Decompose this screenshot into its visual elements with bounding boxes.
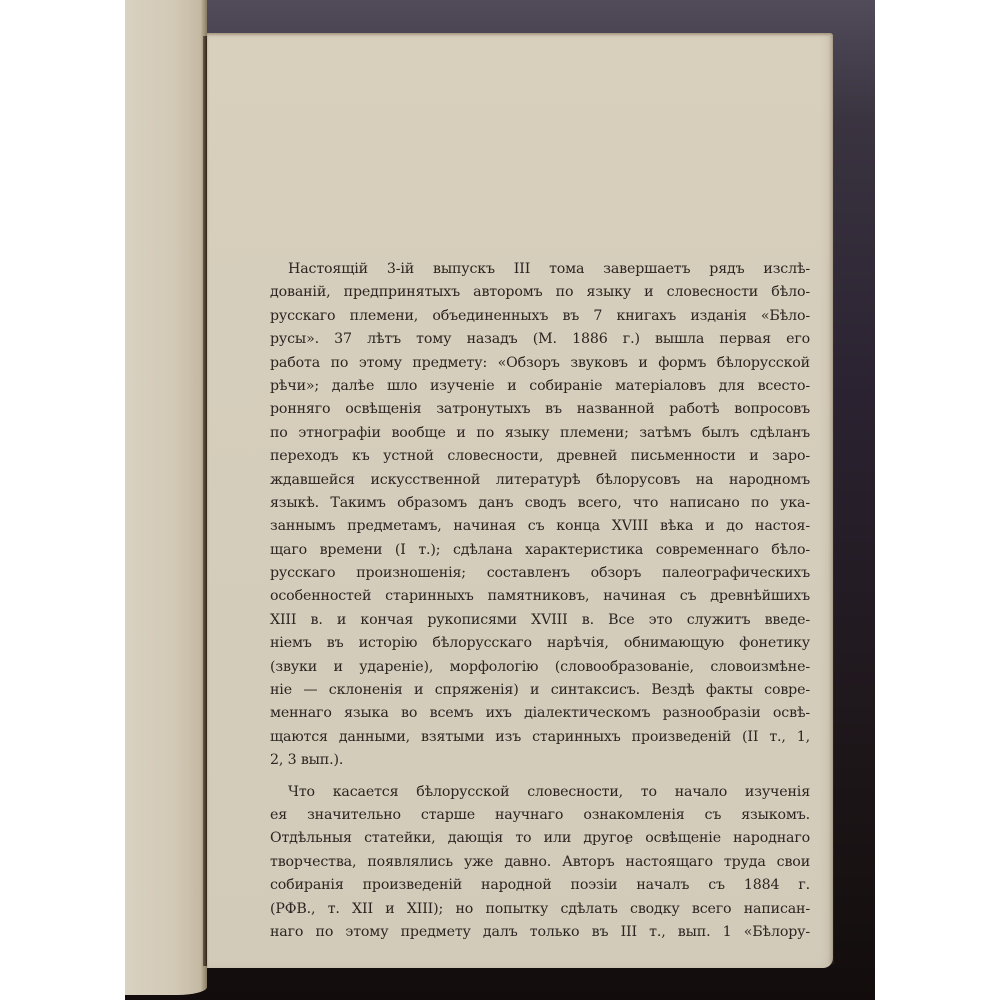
- text-line: щаго времени (I т.); сдѣлана характерист…: [270, 539, 810, 562]
- text-line: Отдѣльныя статейки, дающія то или другое…: [270, 827, 810, 850]
- text-line: рѣчи»; далѣе шло изученіе и собираніе ма…: [270, 375, 810, 398]
- text-line: меннаго языка во всемъ ихъ діалектическо…: [270, 702, 810, 725]
- text-line: ніемъ въ исторію бѣлорусскаго нарѣчія, о…: [270, 632, 810, 655]
- text-line: особенностей старинныхъ памятниковъ, нач…: [270, 585, 810, 608]
- text-line: ждавшейся искусственной литературѣ бѣлор…: [270, 469, 810, 492]
- text-line: переходъ къ устной словесности, древней …: [270, 445, 810, 468]
- text-line: (звуки и удареніе), морфологію (словообр…: [270, 656, 810, 679]
- paragraph-2: Что касается бѣлорусской словесности, то…: [270, 781, 810, 945]
- text-line: русскаго произношенія; составленъ обзоръ…: [270, 562, 810, 585]
- text-line: Что касается бѣлорусской словесности, то…: [270, 781, 810, 804]
- text-line: ронняго освѣщенія затронутыхъ въ названн…: [270, 398, 810, 421]
- text-line: XIII в. и кончая рукописями XVIII в. Все…: [270, 609, 810, 632]
- text-line: по этнографіи вообще и по языку племени;…: [270, 422, 810, 445]
- book-gutter: [203, 36, 207, 966]
- left-page-edge: [125, 0, 207, 995]
- page-edge-shadow: [828, 36, 834, 964]
- text-line: языкѣ. Такимъ образомъ данъ сводъ всего,…: [270, 492, 810, 515]
- signature-mark: 1: [624, 836, 630, 847]
- text-line: русы». 37 лѣтъ тому назадъ (М. 1886 г.) …: [270, 328, 810, 351]
- text-line: ніе — склоненія и спряженія) и синтаксис…: [270, 679, 810, 702]
- text-line: Настоящій 3-ій выпускъ III тома завершае…: [270, 258, 810, 281]
- text-line: 2, 3 вып.).: [270, 749, 810, 772]
- page-text: Настоящій 3-ій выпускъ III тома завершае…: [270, 258, 810, 944]
- text-line: щаются данными, взятыми изъ старинныхъ п…: [270, 726, 810, 749]
- text-line: собиранія произведеній народной поэзіи н…: [270, 874, 810, 897]
- text-line: творчества, появлялись уже давно. Авторъ…: [270, 851, 810, 874]
- text-line: работа по этому предмету: «Обзоръ звуков…: [270, 352, 810, 375]
- text-line: заннымъ предметамъ, начиная съ конца XVI…: [270, 515, 810, 538]
- text-line: русскаго племени, объединенныхъ въ 7 кни…: [270, 305, 810, 328]
- paragraph-spacer: [270, 773, 810, 781]
- paragraph-1: Настоящій 3-ій выпускъ III тома завершае…: [270, 258, 810, 773]
- text-line: (РФВ., т. XII и XIII); но попытку сдѣлат…: [270, 898, 810, 921]
- text-line: наго по этому предмету далъ только въ II…: [270, 921, 810, 944]
- text-line: дованій, предпринятыхъ авторомъ по языку…: [270, 281, 810, 304]
- text-line: ея значительно старше научнаго ознакомле…: [270, 804, 810, 827]
